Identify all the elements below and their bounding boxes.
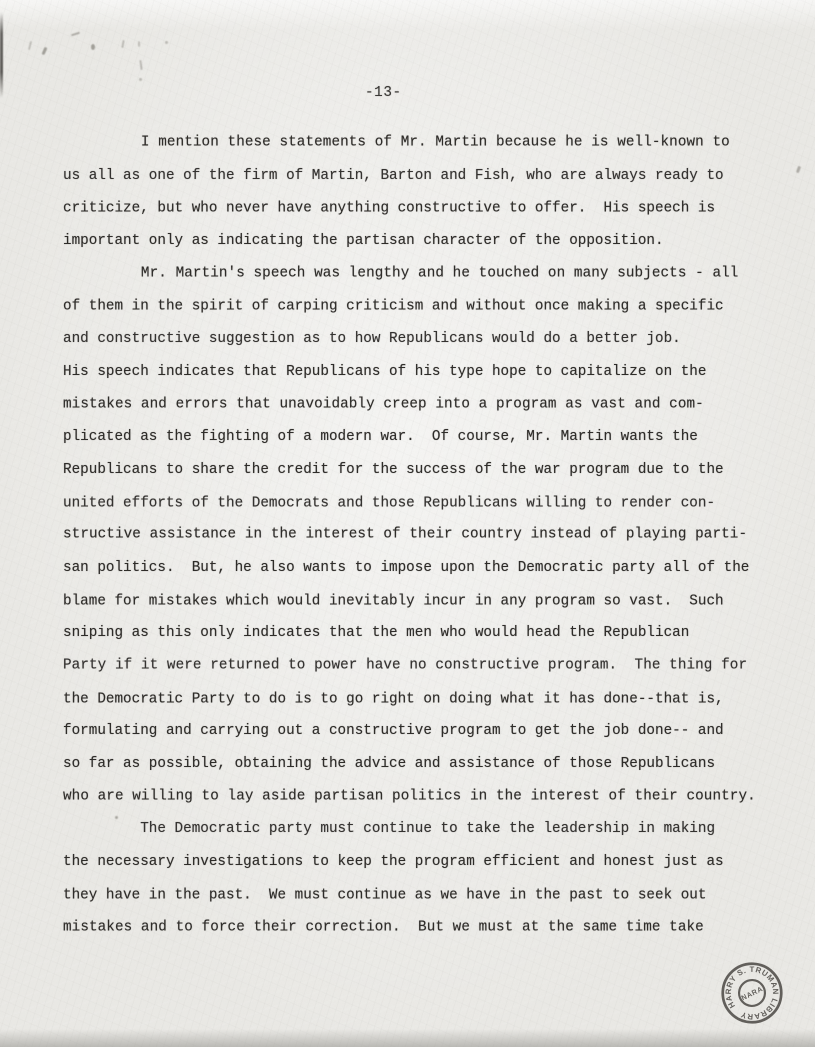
scan-artifact [42, 47, 48, 56]
text-line: who are willing to lay aside partisan po… [63, 780, 763, 813]
stamp-center-text: NARA [740, 985, 764, 1002]
scan-artifact [71, 32, 80, 37]
document-text: I mention these statements of Mr. Martin… [63, 127, 763, 944]
scan-artifact [139, 60, 142, 70]
text-line: san politics. But, he also wants to impo… [63, 552, 763, 585]
text-line: Republicans to share the credit for the … [63, 454, 763, 487]
text-line: sniping as this only indicates that the … [63, 617, 763, 650]
archive-stamp: HARRY S. TRUMAN LIBRARY NARA [718, 959, 786, 1027]
text-line: Mr. Martin's speech was lengthy and he t… [63, 257, 763, 290]
scan-artifact [139, 78, 142, 81]
scan-artifact [165, 41, 168, 44]
text-line: the Democratic Party to do is to go righ… [63, 683, 763, 716]
scan-artifact [796, 166, 801, 174]
text-line: us all as one of the firm of Martin, Bar… [63, 160, 763, 193]
text-line: criticize, but who never have anything c… [63, 193, 763, 226]
text-line: united efforts of the Democrats and thos… [63, 487, 763, 520]
text-line: formulating and carrying out a construct… [63, 715, 763, 748]
text-line: blame for mistakes which would inevitabl… [63, 585, 763, 618]
page-number: -13- [365, 85, 402, 101]
text-line: structive assistance in the interest of … [63, 519, 763, 552]
text-line: they have in the past. We must continue … [63, 879, 763, 912]
scan-artifact [138, 41, 140, 47]
text-line: Party if it were returned to power have … [63, 650, 763, 683]
text-line: the necessary investigations to keep the… [63, 846, 763, 879]
text-line: His speech indicates that Republicans of… [63, 356, 763, 389]
text-line: I mention these statements of Mr. Martin… [63, 127, 763, 160]
text-line: of them in the spirit of carping critici… [63, 291, 763, 324]
scan-artifact [121, 40, 124, 48]
text-line: The Democratic party must continue to ta… [63, 813, 763, 846]
text-line: important only as indicating the partisa… [63, 225, 763, 258]
scan-bottom-edge [0, 1029, 815, 1047]
text-line: so far as possible, obtaining the advice… [63, 748, 763, 781]
scan-edge-mark [0, 12, 3, 98]
scan-artifact [91, 44, 95, 50]
scan-artifact [28, 41, 32, 50]
document-page: -13- I mention these statements of Mr. M… [0, 0, 815, 1047]
text-line: and constructive suggestion as to how Re… [63, 323, 763, 356]
text-line: mistakes and errors that unavoidably cre… [63, 388, 763, 421]
text-line: mistakes and to force their correction. … [63, 911, 763, 944]
text-line: plicated as the fighting of a modern war… [63, 421, 763, 454]
